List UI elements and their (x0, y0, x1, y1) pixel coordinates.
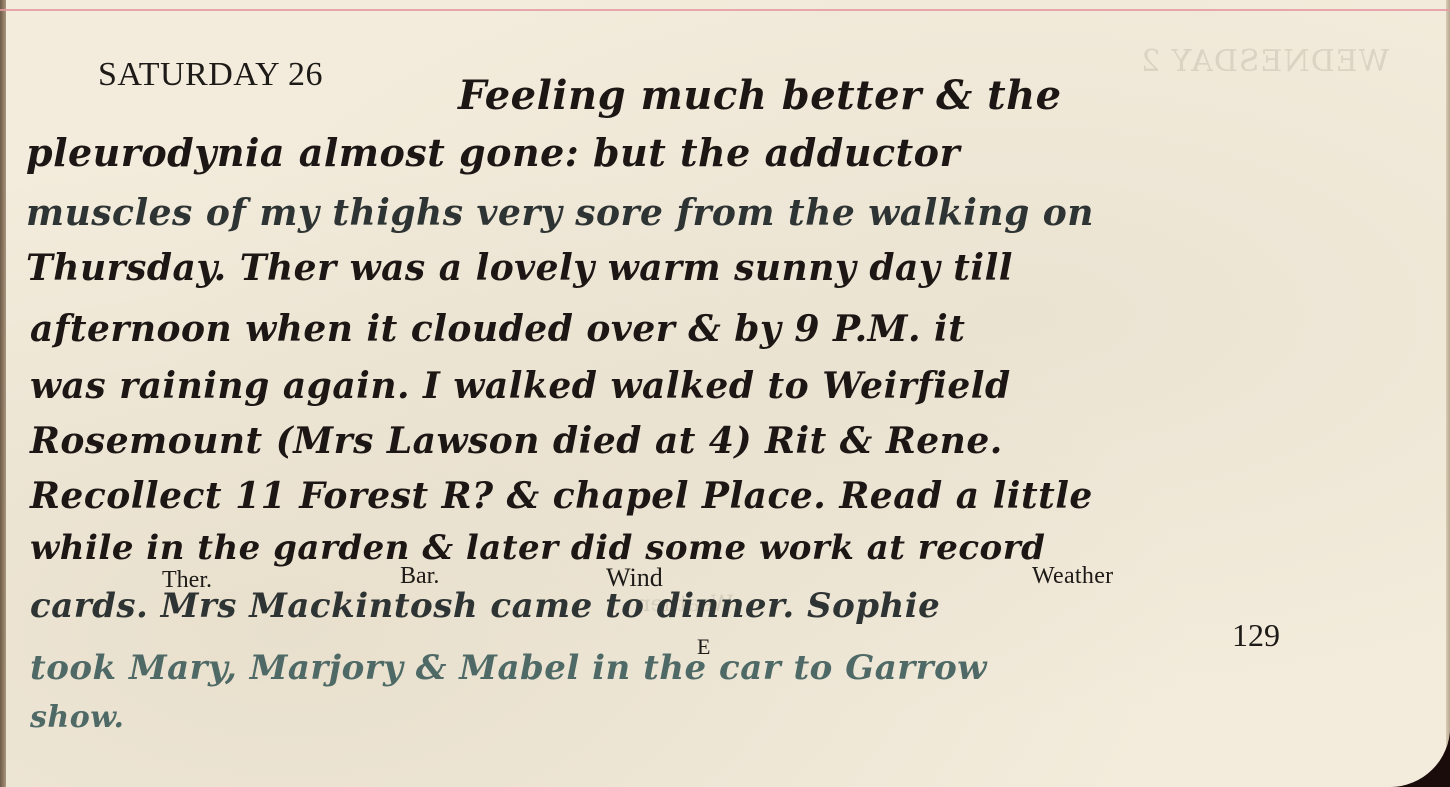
handwritten-line-7: Rosemount (Mrs Lawson died at 4) Rit & R… (30, 420, 1003, 462)
handwritten-line-3: muscles of my thighs very sore from the … (26, 192, 1094, 234)
handwritten-line-5: afternoon when it clouded over & by 9 P.… (30, 308, 965, 350)
red-ruled-line (0, 9, 1450, 11)
weather-label: Weather (1032, 563, 1113, 590)
handwritten-line-6: was raining again. I walked walked to We… (30, 365, 1011, 407)
page-binding-edge (0, 0, 6, 787)
diary-page: WEDNESDAY 2 Weather SATURDAY 26 Feeling … (0, 0, 1450, 787)
wind-direction-value: E (697, 634, 710, 660)
page-right-edge (1446, 0, 1450, 787)
handwritten-line-9: while in the garden & later did some wor… (30, 528, 1045, 568)
wind-label: Wind (606, 563, 663, 593)
page-number: 129 (1232, 617, 1280, 654)
handwritten-line-1: Feeling much better & the (458, 72, 1062, 119)
handwritten-line-2: pleurodynia almost gone: but the adducto… (26, 130, 960, 175)
handwritten-line-4: Thursday. Ther was a lovely warm sunny d… (26, 247, 1013, 289)
barometer-label: Bar. (400, 563, 439, 590)
handwritten-line-11: took Mary, Marjory & Mabel in the car to… (30, 648, 987, 688)
day-heading: SATURDAY 26 (98, 56, 323, 94)
bleed-through-heading: WEDNESDAY 2 (1140, 44, 1389, 79)
thermometer-label: Ther. (162, 567, 212, 594)
handwritten-line-12: show. (30, 700, 124, 735)
handwritten-line-8: Recollect 11 Forest R? & chapel Place. R… (30, 475, 1093, 517)
